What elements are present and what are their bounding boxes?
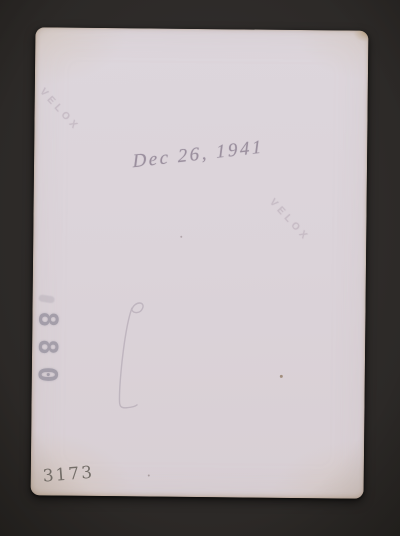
paper-speck [280, 375, 283, 378]
photo-back-card: VELOX VELOX Dec 26, 1941 880 3173 [31, 27, 369, 498]
stamp-smudge [38, 294, 55, 303]
paper-speck [180, 236, 182, 238]
backdrop: VELOX VELOX Dec 26, 1941 880 3173 [0, 0, 400, 536]
handwritten-catalog-number: 3173 [42, 463, 95, 487]
paper-speck [148, 474, 150, 476]
velox-watermark-top-left: VELOX [33, 82, 86, 138]
corner-wear [348, 31, 368, 46]
handwritten-date: Dec 26, 1941 [132, 131, 312, 173]
pencil-doodle [113, 294, 150, 416]
stamped-number-vertical: 880 [34, 311, 61, 394]
velox-watermark-center-right: VELOX [263, 192, 316, 248]
